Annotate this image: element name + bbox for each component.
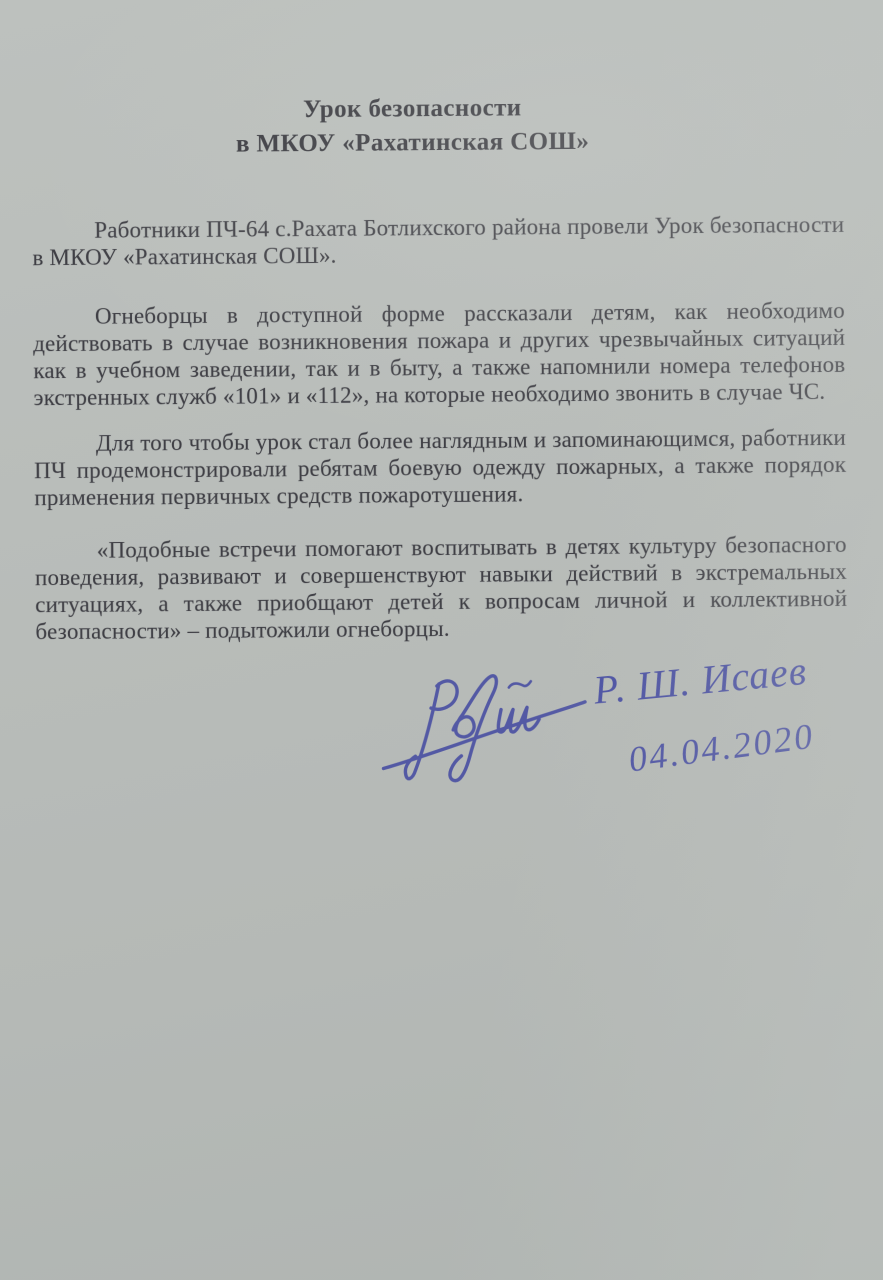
signature-name: Р. Ш. Исаев	[592, 647, 809, 714]
signature-stem-stroke	[405, 684, 440, 779]
signature-underline-stroke	[383, 702, 586, 769]
signature-zigzag-stroke	[498, 707, 539, 732]
document-content: Урок безопасности в МКОУ «Рахатинская СО…	[0, 0, 883, 1280]
paragraph-intro: Работники ПЧ-64 с.Рахата Ботлихского рай…	[32, 211, 844, 271]
paragraph-quote: «Подобные встречи помогают воспитывать в…	[35, 531, 848, 645]
paragraph-lesson-details: Огнеборцы в доступной форме рассказали д…	[33, 297, 846, 411]
scanned-document-page: Урок безопасности в МКОУ «Рахатинская СО…	[0, 0, 883, 1280]
signature-date: 04.04.2020	[626, 715, 817, 781]
paragraph-demonstration: Для того чтобы урок стал более наглядным…	[34, 424, 847, 511]
signature-tilde-stroke	[509, 681, 531, 687]
handwritten-signature-scribble	[373, 651, 604, 803]
signature-letter-bowl-stroke	[431, 681, 457, 709]
signature-loop-stroke	[449, 676, 497, 781]
document-title: Урок безопасности в МКОУ «Рахатинская СО…	[31, 89, 794, 163]
title-line-2: в МКОУ «Рахатинская СОШ»	[31, 123, 793, 163]
